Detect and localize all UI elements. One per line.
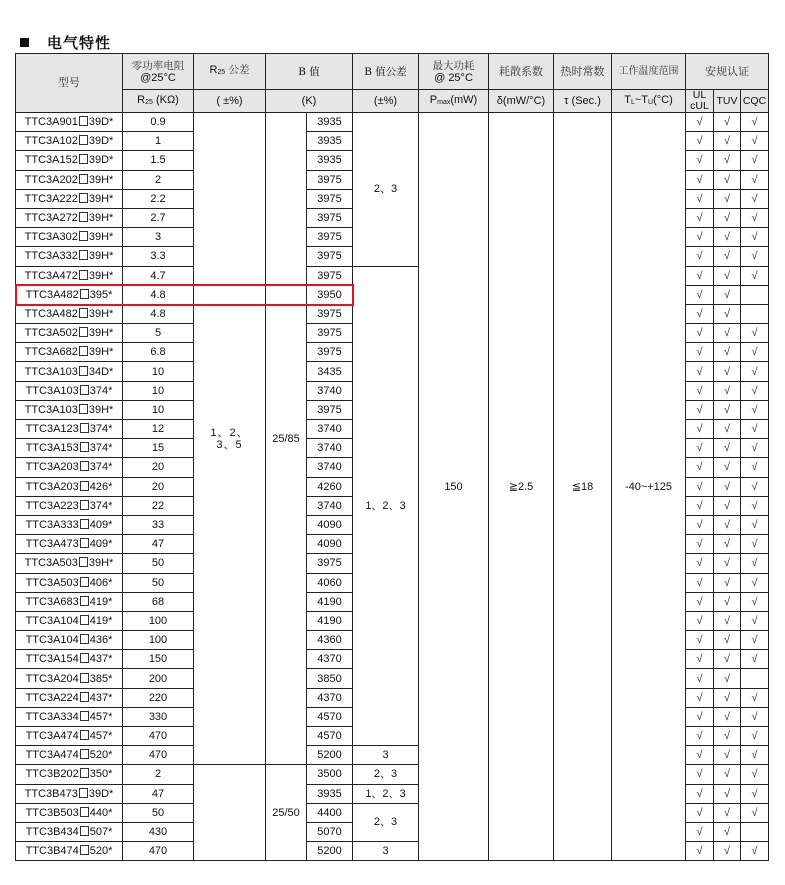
cqc-check-cell: √ (741, 132, 769, 151)
ul-check-cell: √ (686, 420, 714, 439)
r25-cell: 470 (123, 842, 194, 861)
blank-box-icon (80, 423, 89, 433)
tuv-check-cell: √ (714, 170, 741, 189)
r25-cell: 4.8 (123, 285, 194, 304)
blank-box-icon (80, 845, 89, 855)
section-title: 电气特性 (20, 32, 111, 53)
model-cell: TTC3A224437* (16, 688, 123, 707)
ul-check-cell: √ (686, 765, 714, 784)
model-cell: TTC3A334457* (16, 707, 123, 726)
b-value-cell: 3935 (307, 151, 353, 170)
b-value-cell: 3975 (307, 554, 353, 573)
model-cell: TTC3A473409* (16, 535, 123, 554)
cqc-check-cell: √ (741, 208, 769, 227)
ul-check-cell: √ (686, 515, 714, 534)
header-cqc: CQC (741, 90, 769, 113)
cqc-check-cell: √ (741, 420, 769, 439)
ul-check-cell: √ (686, 650, 714, 669)
ul-check-cell: √ (686, 247, 714, 266)
temp-range-cell: -40~+125 (612, 113, 686, 861)
r25-cell: 50 (123, 573, 194, 592)
header-safety: 安规认证 (686, 54, 769, 90)
r25-cell: 220 (123, 688, 194, 707)
blank-box-icon (80, 673, 89, 683)
cqc-check-cell (741, 304, 769, 323)
header-ul: ULcUL (686, 90, 714, 113)
r25-cell: 10 (123, 362, 194, 381)
header-b-tolerance: B 值公差 (353, 54, 419, 90)
tuv-check-cell: √ (714, 650, 741, 669)
r25-cell: 100 (123, 631, 194, 650)
tuv-check-cell: √ (714, 247, 741, 266)
ul-check-cell: √ (686, 611, 714, 630)
square-bullet-icon (20, 38, 29, 47)
blank-box-icon (80, 289, 89, 299)
cqc-check-cell: √ (741, 228, 769, 247)
b-value-cell: 3975 (307, 208, 353, 227)
b-value-cell: 3740 (307, 496, 353, 515)
ul-check-cell: √ (686, 727, 714, 746)
ul-check-cell: √ (686, 822, 714, 841)
r25-cell: 22 (123, 496, 194, 515)
blank-box-icon (80, 653, 89, 663)
r25-cell: 15 (123, 439, 194, 458)
b-value-cell: 3975 (307, 304, 353, 323)
blank-box-icon (79, 346, 88, 356)
b-tolerance-cell: 2、3 (353, 765, 419, 784)
b-value-cell: 4060 (307, 573, 353, 592)
b-value-cell: 3740 (307, 381, 353, 400)
cqc-check-cell: √ (741, 343, 769, 362)
ul-check-cell: √ (686, 439, 714, 458)
blank-box-icon (80, 749, 89, 759)
blank-box-icon (79, 116, 88, 126)
r25-cell: 6.8 (123, 343, 194, 362)
r25-cell: 33 (123, 515, 194, 534)
ul-check-cell: √ (686, 842, 714, 861)
tuv-check-cell: √ (714, 822, 741, 841)
ul-check-cell: √ (686, 669, 714, 688)
tuv-check-cell: √ (714, 611, 741, 630)
ul-check-cell: √ (686, 113, 714, 132)
r25-cell: 3.3 (123, 247, 194, 266)
r25-cell: 2.2 (123, 189, 194, 208)
ul-check-cell: √ (686, 496, 714, 515)
model-cell: TTC3A33239H* (16, 247, 123, 266)
header-r25: 零功率电阻 @25°C (123, 54, 194, 90)
cqc-check-cell (741, 822, 769, 841)
cqc-check-cell: √ (741, 400, 769, 419)
pmax-cell: 150 (419, 113, 489, 861)
header-time-const-unit: τ (Sec.) (554, 90, 612, 113)
b-tolerance-cell: 2、3 (353, 113, 419, 267)
cqc-check-cell (741, 669, 769, 688)
header-time-constant: 热时常数 (554, 54, 612, 90)
r25-cell: 10 (123, 381, 194, 400)
tuv-check-cell: √ (714, 343, 741, 362)
ul-check-cell: √ (686, 343, 714, 362)
blank-box-icon (80, 807, 89, 817)
ul-check-cell: √ (686, 362, 714, 381)
ul-check-cell: √ (686, 400, 714, 419)
ul-check-cell: √ (686, 208, 714, 227)
model-cell: TTC3A123374* (16, 420, 123, 439)
header-b-unit: (K) (266, 90, 353, 113)
r25-cell: 12 (123, 420, 194, 439)
header-temp-range: 工作温度范围 (612, 54, 686, 90)
r25-cell: 2 (123, 170, 194, 189)
b-value-cell: 3935 (307, 113, 353, 132)
b-value-cell: 3740 (307, 439, 353, 458)
header-dissipation: 耗散系数 (489, 54, 554, 90)
model-cell: TTC3A153374* (16, 439, 123, 458)
r25-cell: 20 (123, 477, 194, 496)
cqc-check-cell: √ (741, 631, 769, 650)
blank-box-icon (80, 481, 89, 491)
tuv-check-cell: √ (714, 285, 741, 304)
cqc-check-cell: √ (741, 573, 769, 592)
cqc-check-cell: √ (741, 189, 769, 208)
model-cell: TTC3A204385* (16, 669, 123, 688)
model-cell: TTC3A30239H* (16, 228, 123, 247)
header-r25-tolerance: R25 公差 (194, 54, 266, 90)
model-cell: TTC3A50239H* (16, 324, 123, 343)
cqc-check-cell: √ (741, 650, 769, 669)
model-cell: TTC3B474520* (16, 842, 123, 861)
cqc-check-cell: √ (741, 458, 769, 477)
tuv-check-cell: √ (714, 669, 741, 688)
b-value-cell: 3935 (307, 132, 353, 151)
b-value-cell: 4090 (307, 515, 353, 534)
tuv-check-cell: √ (714, 362, 741, 381)
b-value-cell: 4360 (307, 631, 353, 650)
cqc-check-cell: √ (741, 842, 769, 861)
r25-cell: 1.5 (123, 151, 194, 170)
blank-box-icon (79, 231, 88, 241)
b-value-cell: 3950 (307, 285, 353, 304)
r25-cell: 470 (123, 727, 194, 746)
blank-box-icon (79, 174, 88, 184)
r25-cell: 47 (123, 784, 194, 803)
b-tolerance-cell: 3 (353, 746, 419, 765)
ul-check-cell: √ (686, 189, 714, 208)
b-tolerance-cell: 1、2、3 (353, 784, 419, 803)
tuv-check-cell: √ (714, 535, 741, 554)
b-value-cell: 4190 (307, 592, 353, 611)
model-cell: TTC3A104436* (16, 631, 123, 650)
header-tuv: TUV (714, 90, 741, 113)
blank-box-icon (80, 577, 89, 587)
blank-box-icon (80, 385, 89, 395)
cqc-check-cell: √ (741, 535, 769, 554)
blank-box-icon (79, 366, 88, 376)
cqc-check-cell: √ (741, 765, 769, 784)
tuv-check-cell: √ (714, 727, 741, 746)
ul-check-cell: √ (686, 592, 714, 611)
tuv-check-cell: √ (714, 688, 741, 707)
r25-cell: 50 (123, 554, 194, 573)
ul-check-cell: √ (686, 707, 714, 726)
r25-cell: 150 (123, 650, 194, 669)
b-tolerance-cell: 2、3 (353, 803, 419, 841)
cqc-check-cell: √ (741, 611, 769, 630)
tuv-check-cell: √ (714, 842, 741, 861)
model-cell: TTC3A203374* (16, 458, 123, 477)
cqc-check-cell: √ (741, 592, 769, 611)
r25-cell: 10 (123, 400, 194, 419)
r25-cell: 430 (123, 822, 194, 841)
header-temp-unit: TL~TU(°C) (612, 90, 686, 113)
b-value-cell: 3975 (307, 189, 353, 208)
b-value-cell: 4090 (307, 535, 353, 554)
r25-cell: 4.7 (123, 266, 194, 285)
b-value-cell: 4260 (307, 477, 353, 496)
tuv-check-cell: √ (714, 707, 741, 726)
ul-check-cell: √ (686, 458, 714, 477)
model-cell: TTC3A154437* (16, 650, 123, 669)
header-pmax-unit: Pmax(mW) (419, 90, 489, 113)
cqc-check-cell: √ (741, 496, 769, 515)
cqc-check-cell: √ (741, 247, 769, 266)
cqc-check-cell (741, 285, 769, 304)
b-value-cell: 3935 (307, 784, 353, 803)
b-value-cell: 3975 (307, 170, 353, 189)
cqc-check-cell: √ (741, 803, 769, 822)
b-value-cell: 4370 (307, 688, 353, 707)
r25-cell: 200 (123, 669, 194, 688)
tuv-check-cell: √ (714, 496, 741, 515)
tuv-check-cell: √ (714, 592, 741, 611)
model-cell: TTC3A20239H* (16, 170, 123, 189)
tuv-check-cell: √ (714, 477, 741, 496)
r25-cell: 50 (123, 803, 194, 822)
model-cell: TTC3A10339H* (16, 400, 123, 419)
model-cell: TTC3A104419* (16, 611, 123, 630)
tuv-check-cell: √ (714, 803, 741, 822)
blank-box-icon (79, 250, 88, 260)
b-value-cell: 4570 (307, 707, 353, 726)
blank-box-icon (80, 634, 89, 644)
b-tolerance-cell: 3 (353, 842, 419, 861)
model-cell: TTC3A203426* (16, 477, 123, 496)
tuv-check-cell: √ (714, 746, 741, 765)
r25-cell: 20 (123, 458, 194, 477)
model-cell: TTC3A15239D* (16, 151, 123, 170)
tuv-check-cell: √ (714, 400, 741, 419)
blank-box-icon (80, 768, 89, 778)
model-cell: TTC3B202350* (16, 765, 123, 784)
b-value-cell: 5070 (307, 822, 353, 841)
r25-cell: 5 (123, 324, 194, 343)
blank-box-icon (80, 596, 89, 606)
blank-box-icon (79, 308, 88, 318)
cqc-check-cell: √ (741, 688, 769, 707)
r25-cell: 100 (123, 611, 194, 630)
ul-check-cell: √ (686, 535, 714, 554)
r25-cell: 47 (123, 535, 194, 554)
ul-check-cell: √ (686, 324, 714, 343)
cqc-check-cell: √ (741, 151, 769, 170)
b-value-cell: 3975 (307, 343, 353, 362)
model-cell: TTC3A103374* (16, 381, 123, 400)
blank-box-icon (80, 730, 89, 740)
ul-check-cell: √ (686, 132, 714, 151)
ul-check-cell: √ (686, 477, 714, 496)
b-value-cell: 3740 (307, 458, 353, 477)
tuv-check-cell: √ (714, 420, 741, 439)
blank-box-icon (79, 154, 88, 164)
r25-cell: 330 (123, 707, 194, 726)
blank-box-icon (80, 461, 89, 471)
b-value-cell: 3740 (307, 420, 353, 439)
model-cell: TTC3A48239H* (16, 304, 123, 323)
blank-box-icon (80, 615, 89, 625)
ul-check-cell: √ (686, 228, 714, 247)
blank-box-icon (79, 212, 88, 222)
model-cell: TTC3A68239H* (16, 343, 123, 362)
r25-cell: 2.7 (123, 208, 194, 227)
b-group-cell: 25/85 (266, 113, 307, 765)
blank-box-icon (79, 557, 88, 567)
model-cell: TTC3A27239H* (16, 208, 123, 227)
cqc-check-cell: √ (741, 266, 769, 285)
tuv-check-cell: √ (714, 784, 741, 803)
cqc-check-cell: √ (741, 515, 769, 534)
blank-box-icon (80, 538, 89, 548)
ul-check-cell: √ (686, 631, 714, 650)
cqc-check-cell: √ (741, 439, 769, 458)
model-cell: TTC3A683419* (16, 592, 123, 611)
b-value-cell: 3975 (307, 266, 353, 285)
b-value-cell: 3850 (307, 669, 353, 688)
tuv-check-cell: √ (714, 515, 741, 534)
tuv-check-cell: √ (714, 324, 741, 343)
tuv-check-cell: √ (714, 573, 741, 592)
header-r25-tol-unit: ( ±%) (194, 90, 266, 113)
header-pmax: 最大功耗 @ 25°C (419, 54, 489, 90)
ul-check-cell: √ (686, 304, 714, 323)
b-value-cell: 3975 (307, 228, 353, 247)
tuv-check-cell: √ (714, 554, 741, 573)
r25-tolerance-cell: 1、2、3、5 (194, 113, 266, 765)
header-b-tol-unit: (±%) (353, 90, 419, 113)
cqc-check-cell: √ (741, 746, 769, 765)
ul-check-cell: √ (686, 266, 714, 285)
b-value-cell: 3500 (307, 765, 353, 784)
b-group-cell: 25/50 (266, 765, 307, 861)
header-r25-unit: R25 (KΩ) (123, 90, 194, 113)
cqc-check-cell: √ (741, 554, 769, 573)
electrical-characteristics-table: 型号 零功率电阻 @25°C R25 公差 B 值 B 值公差 最大功耗 @ 2… (15, 53, 769, 861)
ul-check-cell: √ (686, 151, 714, 170)
cqc-check-cell: √ (741, 170, 769, 189)
table-row: TTC3A90139D*0.91、2、3、525/8539352、3150≧2.… (16, 113, 769, 132)
model-cell: TTC3A50339H* (16, 554, 123, 573)
tuv-check-cell: √ (714, 228, 741, 247)
b-value-cell: 4370 (307, 650, 353, 669)
b-tolerance-cell: 1、2、3 (353, 266, 419, 746)
tuv-check-cell: √ (714, 439, 741, 458)
r25-cell: 68 (123, 592, 194, 611)
model-cell: TTC3A503406* (16, 573, 123, 592)
model-cell: TTC3A10239D* (16, 132, 123, 151)
cqc-check-cell: √ (741, 362, 769, 381)
header-b-value: B 值 (266, 54, 353, 90)
ul-check-cell: √ (686, 381, 714, 400)
blank-box-icon (79, 270, 88, 280)
model-cell: TTC3A474520* (16, 746, 123, 765)
b-value-cell: 5200 (307, 842, 353, 861)
header-model: 型号 (16, 54, 123, 113)
b-value-cell: 4570 (307, 727, 353, 746)
tuv-check-cell: √ (714, 208, 741, 227)
r25-cell: 4.8 (123, 304, 194, 323)
time-constant-cell: ≦18 (554, 113, 612, 861)
ul-check-cell: √ (686, 573, 714, 592)
r25-tolerance-cell (194, 765, 266, 861)
model-cell: TTC3A90139D* (16, 113, 123, 132)
blank-box-icon (80, 442, 89, 452)
b-value-cell: 5200 (307, 746, 353, 765)
table-body: TTC3A90139D*0.91、2、3、525/8539352、3150≧2.… (16, 113, 769, 861)
r25-cell: 2 (123, 765, 194, 784)
ul-check-cell: √ (686, 803, 714, 822)
tuv-check-cell: √ (714, 189, 741, 208)
blank-box-icon (80, 711, 89, 721)
tuv-check-cell: √ (714, 381, 741, 400)
cqc-check-cell: √ (741, 324, 769, 343)
ul-check-cell: √ (686, 170, 714, 189)
model-cell: TTC3B434507* (16, 822, 123, 841)
cqc-check-cell: √ (741, 381, 769, 400)
b-value-cell: 3975 (307, 400, 353, 419)
tuv-check-cell: √ (714, 631, 741, 650)
blank-box-icon (79, 135, 88, 145)
blank-box-icon (80, 692, 89, 702)
header-dissipation-unit: δ(mW/°C) (489, 90, 554, 113)
model-cell: TTC3B47339D* (16, 784, 123, 803)
blank-box-icon (79, 788, 88, 798)
b-value-cell: 3435 (307, 362, 353, 381)
blank-box-icon (80, 519, 89, 529)
b-value-cell: 3975 (307, 324, 353, 343)
model-cell: TTC3B503440* (16, 803, 123, 822)
section-title-text: 电气特性 (47, 34, 111, 52)
model-cell: TTC3A474457* (16, 727, 123, 746)
blank-box-icon (79, 327, 88, 337)
r25-cell: 470 (123, 746, 194, 765)
b-value-cell: 3975 (307, 247, 353, 266)
blank-box-icon (80, 826, 89, 836)
b-value-cell: 4190 (307, 611, 353, 630)
tuv-check-cell: √ (714, 765, 741, 784)
r25-cell: 1 (123, 132, 194, 151)
tuv-check-cell: √ (714, 266, 741, 285)
model-cell: TTC3A223374* (16, 496, 123, 515)
model-cell: TTC3A10334D* (16, 362, 123, 381)
tuv-check-cell: √ (714, 132, 741, 151)
dissipation-cell: ≧2.5 (489, 113, 554, 861)
blank-box-icon (79, 193, 88, 203)
b-value-cell: 4400 (307, 803, 353, 822)
ul-check-cell: √ (686, 285, 714, 304)
tuv-check-cell: √ (714, 151, 741, 170)
ul-check-cell: √ (686, 554, 714, 573)
ul-check-cell: √ (686, 746, 714, 765)
ul-check-cell: √ (686, 784, 714, 803)
cqc-check-cell: √ (741, 477, 769, 496)
cqc-check-cell: √ (741, 784, 769, 803)
